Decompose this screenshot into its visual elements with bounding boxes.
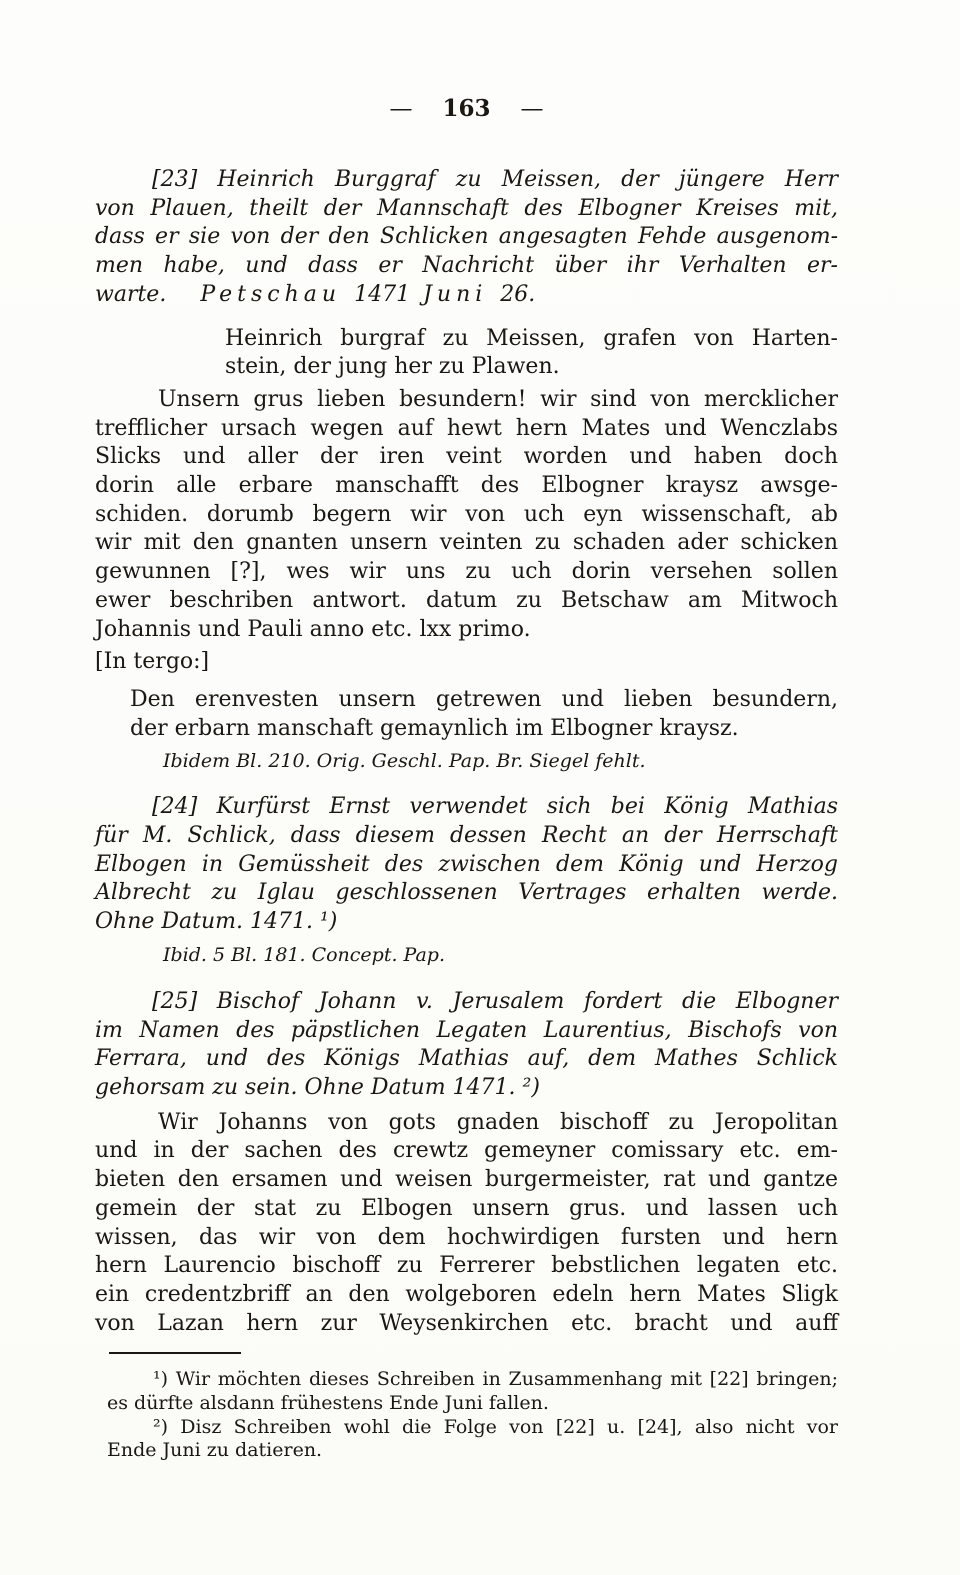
entry-24-source: Ibid. 5 Bl. 181. Concept. Pap. [95,942,838,968]
entry-24-summary: [24] Kurfürst Ernst verwendet sich bei K… [95,793,838,937]
text-line: dorin alle erbare manschafft des Elbogne… [95,472,838,501]
dateline-pre: warte. [95,282,166,307]
entry-23-source: Ibidem Bl. 210. Orig. Geschl. Pap. Br. S… [95,748,838,774]
page-number: 163 [442,95,490,122]
header-dash-left: — [389,96,412,122]
text-line: für M. Schlick, dass diesem dessen Recht… [95,822,838,851]
text-line: Heinrich burgraf zu Meissen, grafen von … [95,325,838,354]
entry-25-summary: [25] Bischof Johann v. Jerusalem fordert… [95,988,838,1103]
text-line: Den erenvesten unsern getrewen und liebe… [95,686,838,715]
text-line: von Plauen, theilt der Mannschaft des El… [95,195,838,224]
page-header: —163— [95,0,838,122]
entry-23-summary: [23] Heinrich Burggraf zu Meissen, der j… [95,166,838,310]
footnote-line: Ende Juni zu datieren. [107,1439,838,1463]
text-line: und in der sachen des crewtz gemeyner co… [95,1137,838,1166]
entry-23-tergo: Den erenvesten unsern getrewen und liebe… [95,686,838,743]
text-line: bieten den ersamen und weisen burgermeis… [95,1166,838,1195]
text-line: Wir Johanns von gots gnaden bischoff zu … [95,1109,838,1138]
text-line: gemein der stat zu Elbogen unsern grus. … [95,1195,838,1224]
footnote-line: ¹) Wir möchten dieses Schreiben in Zusam… [107,1368,838,1392]
text-line: schiden. dorumb begern wir von uch eyn w… [95,501,838,530]
in-tergo-label: [In tergo:] [95,648,838,677]
text-line: wir mit den gnanten unsern veinten zu sc… [95,529,838,558]
footnotes: ¹) Wir möchten dieses Schreiben in Zusam… [95,1368,838,1462]
text-line: Ohne Datum. 1471. ¹) [95,908,838,937]
dateline-day: 26. [500,282,535,307]
text-line: Slicks und aller der iren veint worden u… [95,443,838,472]
text-line: ewer beschriben antwort. datum zu Betsch… [95,587,838,616]
dateline-place: Petschau [200,282,341,307]
scanned-page: —163— [23] Heinrich Burggraf zu Meissen,… [0,0,960,1575]
text-line: [25] Bischof Johann v. Jerusalem fordert… [95,988,838,1017]
text-line: im Namen des päpstlichen Legaten Laurent… [95,1017,838,1046]
text-line: Elbogen in Gemüssheit des zwischen dem K… [95,851,838,880]
text-line: [24] Kurfürst Ernst verwendet sich bei K… [95,793,838,822]
text-line: der erbarn manschaft gemaynlich im Elbog… [95,715,838,744]
dateline-year: 1471 [354,282,410,307]
text-line: Unsern grus lieben besundern! wir sind v… [95,386,838,415]
text-line: [23] Heinrich Burggraf zu Meissen, der j… [95,166,838,195]
footnote-line: ²) Disz Schreiben wohl die Folge von [22… [107,1416,838,1440]
text-line: Albrecht zu Iglau geschlossenen Vertrage… [95,879,838,908]
entry-23-body: Unsern grus lieben besundern! wir sind v… [95,386,838,644]
text-line: gewunnen [?], wes wir uns zu uch dorin v… [95,558,838,587]
text-line: stein, der jung her zu Plawen. [95,353,838,382]
text-line: Ferrara, und des Königs Mathias auf, dem… [95,1045,838,1074]
entry-25-body: Wir Johanns von gots gnaden bischoff zu … [95,1109,838,1339]
header-dash-right: — [521,96,544,122]
text-block: —163— [23] Heinrich Burggraf zu Meissen,… [95,0,838,1463]
text-line: hern Laurencio bischoff zu Ferrerer bebs… [95,1252,838,1281]
text-line: Johannis und Pauli anno etc. lxx primo. [95,616,838,645]
dateline-month: Juni [423,282,487,307]
dateline: warte.Petschau1471Juni26. [95,281,838,310]
text-line: dass er sie von der den Schlicken angesa… [95,223,838,252]
footnote-divider [109,1352,241,1354]
text-line: von Lazan hern zur Weysenkirchen etc. br… [95,1310,838,1339]
footnote-line: es dürfte alsdann frühestens Ende Juni f… [107,1392,838,1416]
text-line: gehorsam zu sein. Ohne Datum 1471. ²) [95,1074,838,1103]
text-line: trefflicher ursach wegen auf hewt hern M… [95,415,838,444]
text-line: wissen, das wir von dem hochwirdigen fur… [95,1224,838,1253]
entry-23-address: Heinrich burgraf zu Meissen, grafen von … [95,325,838,382]
text-line: men habe, und dass er Nachricht über ihr… [95,252,838,281]
text-line: ein credentzbriff an den wolgeboren edel… [95,1281,838,1310]
